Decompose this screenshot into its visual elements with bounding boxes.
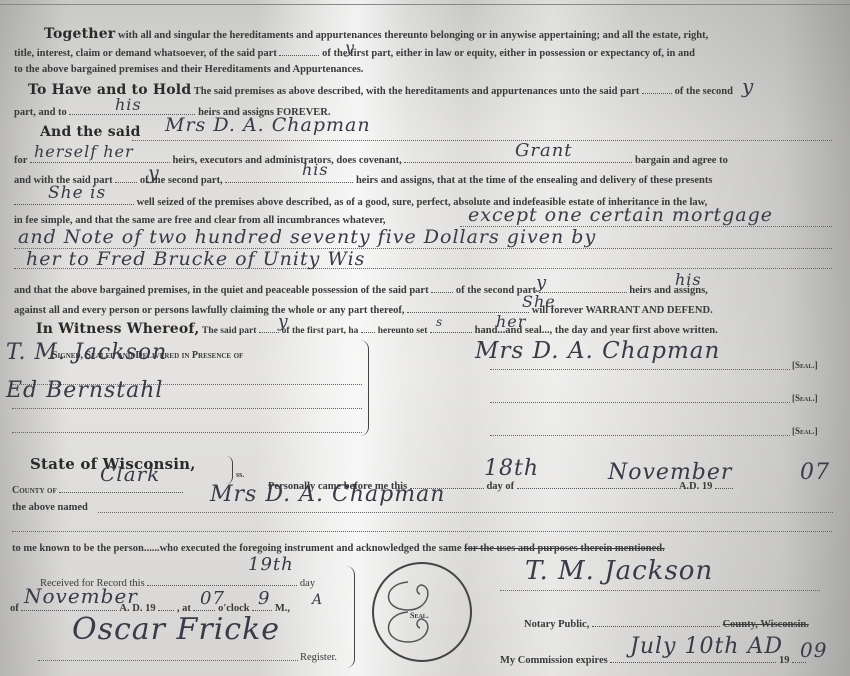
witness-part-handwritten: y	[278, 312, 289, 332]
covenant-part-handwritten: y	[148, 162, 160, 184]
notary-county-field	[592, 616, 720, 627]
habendum-text-1a: The said premises as above described, wi…	[194, 86, 640, 97]
commission-label: My Commission expires	[500, 655, 608, 666]
known-to-be-line: to me known to be the person......who ex…	[12, 543, 665, 554]
covenant-text-2b: heirs, executors and administrators, doe…	[172, 155, 401, 166]
notary-signature-field	[500, 590, 820, 591]
ack-day-of-text: day of	[486, 481, 514, 492]
covenant-grant-handwritten: Grant	[515, 140, 573, 161]
covenant-line-3: and with the said part of the second par…	[14, 172, 712, 186]
state-brace	[226, 456, 233, 484]
grantor-signature-line-3	[490, 435, 790, 436]
known-struck-text: for the uses and purposes therein mentio…	[464, 543, 665, 554]
covenant-lead: And the said	[40, 124, 141, 140]
together-text-2a: title, interest, claim or demand whatsoe…	[14, 48, 277, 59]
habendum-heirs-handwritten: his	[115, 95, 142, 114]
witness-line-2	[12, 408, 362, 409]
received-day-label: day	[300, 578, 315, 589]
covenant-possession-part-field	[431, 282, 453, 293]
covenant-text-9a: against all and every person or persons …	[14, 305, 405, 316]
received-year-handwritten: 07	[200, 588, 225, 609]
witness-text-b: of the first part, ha	[282, 326, 359, 336]
witness-text-a: The said part	[202, 326, 256, 336]
together-text-1: with all and singular the hereditaments …	[118, 30, 708, 41]
habendum-part-handwritten: y	[742, 74, 754, 98]
covenant-heirs-handwritten: his	[302, 160, 329, 179]
covenant-line-9: against all and every person or persons …	[14, 302, 713, 316]
covenant-part-field	[115, 172, 137, 183]
together-line-3: to the above bargained premises and thei…	[14, 64, 363, 75]
known-to-be-text: to me known to be the person......who ex…	[12, 543, 462, 554]
commission-date-handwritten: July 10th AD	[630, 634, 783, 659]
incumbrance-handwritten-2: and Note of two hundred seventy five Dol…	[18, 226, 596, 248]
register-field	[38, 660, 298, 661]
habendum-text-1b: of the second	[675, 86, 733, 97]
covenant-text-2a: for	[14, 155, 27, 166]
incumbrance-handwritten-3: her to Fred Brucke of Unity Wis	[26, 248, 365, 270]
top-border-rule	[0, 4, 850, 5]
notary-public-label: Notary Public,	[524, 619, 589, 630]
together-part-field	[279, 45, 319, 56]
above-named-field	[98, 512, 833, 513]
received-hour-handwritten: 9	[258, 588, 270, 609]
covenant-seized-handwritten: She is	[48, 183, 106, 203]
habendum-lead: To Have and to Hold	[28, 82, 191, 98]
witness-line: In Witness Whereof, The said part of the…	[14, 321, 718, 337]
witness-has-field	[361, 322, 375, 333]
covenant-text-5a: in fee simple, and that the same are fre…	[14, 215, 386, 226]
covenant-text-8a: and that the above bargained premises, i…	[14, 285, 429, 296]
covenant-possession-heirs-handwritten: his	[675, 270, 702, 289]
recording-brace	[346, 566, 355, 668]
covenant-for-handwritten: herself her	[34, 142, 134, 161]
seal-stamp-label: Seal.	[410, 611, 429, 620]
covenant-line-8: and that the above bargained premises, i…	[14, 282, 708, 296]
register-label: Register.	[300, 652, 337, 663]
commission-year-handwritten: 09	[800, 638, 827, 662]
register-signature: Oscar Fricke	[72, 612, 280, 647]
seal-label-2: [Seal.]	[792, 393, 818, 403]
grantor-field	[132, 140, 832, 141]
habendum-text-2a: part, and to	[14, 107, 67, 118]
notary-public-line: Notary Public, County, Wisconsin.	[524, 616, 809, 630]
received-month-handwritten: November	[24, 584, 138, 608]
covenant-line-1: And the said	[40, 124, 141, 140]
above-named-field-2	[12, 531, 832, 532]
ack-day-handwritten: 18th	[484, 456, 539, 481]
witness-text-c: hereunto set	[378, 326, 428, 336]
above-named-handwritten: Mrs D. A. Chapman	[210, 482, 445, 507]
covenant-heirs-field	[225, 172, 353, 183]
notary-county-struck: County, Wisconsin.	[723, 619, 809, 630]
above-named-label: the above named	[12, 502, 88, 513]
grantor-signature-line-1	[490, 369, 790, 370]
habendum-part-field	[642, 83, 672, 94]
together-part-handwritten: y	[345, 38, 355, 57]
above-named-line: the above named	[12, 502, 88, 513]
grantor-signature: Mrs D. A. Chapman	[475, 338, 720, 364]
covenant-text-9b: will forever WARRANT AND DEFEND.	[532, 305, 713, 316]
witness-lead: In Witness Whereof,	[36, 321, 199, 337]
grantor-handwritten: Mrs D. A. Chapman	[165, 114, 371, 136]
seal-label-1: [Seal.]	[792, 360, 818, 370]
county-label-text: County of	[12, 485, 57, 496]
received-day-handwritten: 19th	[248, 554, 294, 575]
together-lead: Together	[44, 26, 115, 42]
received-day-field	[147, 575, 297, 586]
ack-month-handwritten: November	[608, 460, 732, 485]
covenant-possession-part-handwritten: y	[536, 272, 547, 293]
ack-year-handwritten: 07	[800, 460, 830, 485]
county-handwritten: Clark	[100, 462, 160, 486]
covenant-text-2c: bargain and agree to	[635, 155, 728, 166]
incumbrance-handwritten-1: except one certain mortgage	[468, 204, 773, 226]
witness-her-handwritten: her	[496, 312, 526, 331]
witness-brace	[360, 340, 369, 436]
covenant-line-5: in fee simple, and that the same are fre…	[14, 215, 386, 226]
notary-signature: T. M. Jackson	[525, 556, 713, 586]
grantor-signature-line-2	[490, 402, 790, 403]
ss-label: ss.	[236, 470, 244, 479]
witness-signature-1: T. M. Jackson	[6, 340, 167, 365]
seal-label-3: [Seal.]	[792, 426, 818, 436]
received-ampm-handwritten: A	[312, 592, 323, 608]
covenant-defend-handwritten: She	[522, 292, 556, 311]
witness-part-field	[259, 322, 279, 333]
received-year-field	[158, 600, 174, 611]
together-text-2b: of the first part, either in law or equi…	[322, 48, 695, 59]
covenant-text-3c: heirs and assigns, that at the time of t…	[356, 175, 713, 186]
witness-line-3	[12, 432, 362, 433]
together-line-1: Together with all and singular the hered…	[18, 26, 708, 42]
witness-signature-2: Ed Bernstahl	[6, 378, 163, 403]
witness-has-handwritten: s	[436, 315, 443, 329]
scanned-deed-page: Together with all and singular the hered…	[0, 0, 850, 676]
received-of-label: of	[10, 603, 19, 614]
